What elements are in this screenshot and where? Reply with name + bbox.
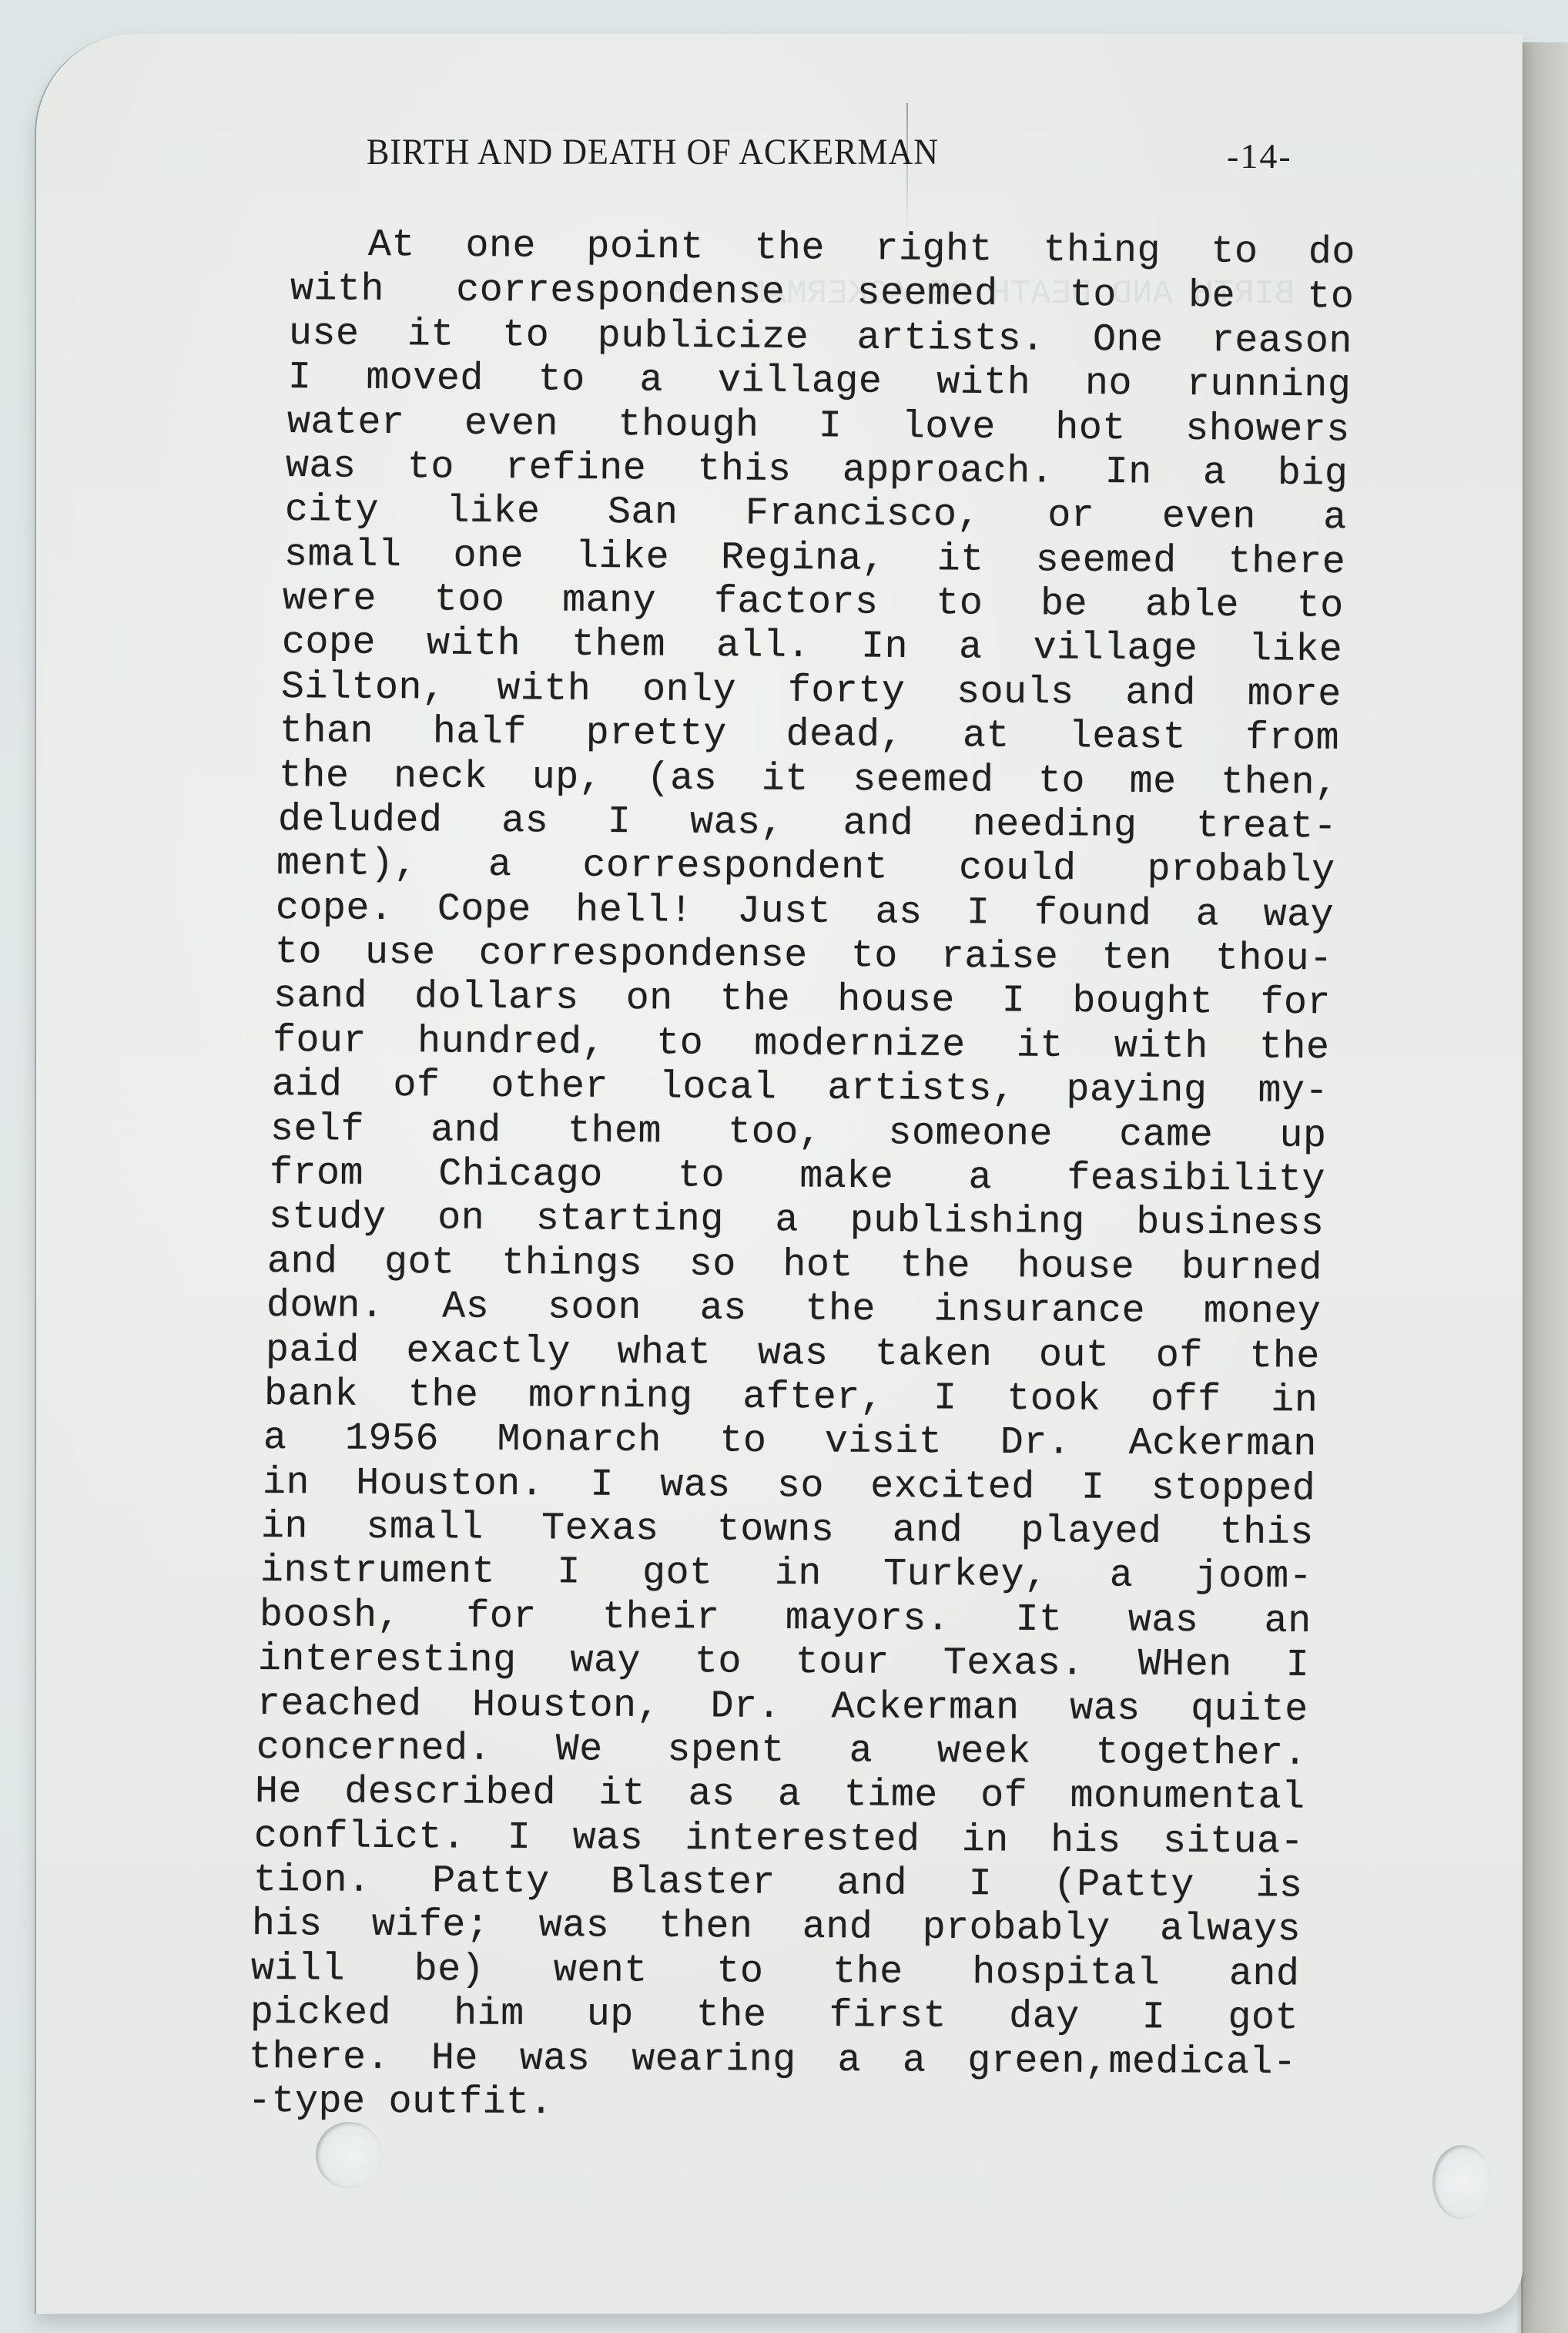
word: and xyxy=(893,1509,963,1554)
text-line: there.Hewaswearingaagreen,medical- xyxy=(249,2036,1297,2085)
word: starting xyxy=(535,1198,723,1243)
word: got xyxy=(384,1241,455,1285)
word: as xyxy=(875,890,922,934)
word: was xyxy=(573,1816,644,1861)
text-line: smallonelikeRegina,itseemedthere xyxy=(283,533,1345,585)
word: a xyxy=(775,1199,799,1243)
word: factors xyxy=(714,580,879,625)
text-line: instrumentIgotinTurkey,ajoom- xyxy=(260,1549,1313,1599)
word: there xyxy=(1228,540,1345,585)
word: Blaster xyxy=(611,1861,776,1906)
word: showers xyxy=(1185,407,1350,452)
word: as xyxy=(501,799,548,843)
word: like xyxy=(1248,629,1342,673)
word: house xyxy=(837,978,955,1023)
word: tour xyxy=(796,1641,890,1685)
word: in xyxy=(962,1818,1009,1862)
word: is xyxy=(1255,1864,1302,1908)
word: He xyxy=(255,1770,302,1814)
word: it xyxy=(762,757,809,801)
word: He xyxy=(431,2036,478,2080)
word: the xyxy=(754,226,825,271)
word: from xyxy=(1245,716,1339,761)
word: mayors. xyxy=(785,1597,950,1641)
text-line: weretoomanyfactorstobeableto xyxy=(283,577,1344,629)
word: picked xyxy=(250,1991,391,2036)
word: paid xyxy=(265,1329,359,1373)
word: week xyxy=(936,1730,1030,1775)
word: one xyxy=(465,224,536,269)
word: hot xyxy=(1055,406,1126,451)
word: down. xyxy=(266,1284,384,1329)
word: visit xyxy=(825,1420,943,1465)
word: was xyxy=(1127,1598,1198,1643)
word: Patty xyxy=(432,1859,550,1904)
word: than xyxy=(280,709,374,754)
word: modernize xyxy=(754,1022,966,1068)
word: I xyxy=(590,1463,614,1507)
word: a xyxy=(263,1416,287,1460)
word: I xyxy=(1002,980,1026,1024)
word: of xyxy=(393,1064,440,1108)
text-line: boosh,fortheirmayors.Itwasan xyxy=(259,1594,1311,1644)
word: was, xyxy=(689,801,783,846)
word: Dr. xyxy=(710,1684,781,1729)
word: there. xyxy=(249,2036,390,2080)
text-line: ment),acorrespondentcouldprobably xyxy=(276,842,1335,893)
text-line: thanhalfprettydead,atleastfrom xyxy=(280,709,1340,761)
word: towns xyxy=(717,1508,835,1553)
word: cope xyxy=(282,621,376,665)
word: raise xyxy=(940,935,1058,980)
text-line: tion.PattyBlasterandI(Pattyis xyxy=(253,1859,1302,1909)
word: quite xyxy=(1191,1688,1308,1732)
word: in xyxy=(262,1461,309,1505)
word: village xyxy=(1033,627,1198,672)
word: me xyxy=(1129,759,1176,803)
text-line: copewiththemall.Inavillagelike xyxy=(282,621,1343,672)
word: to xyxy=(538,358,585,402)
word: aid xyxy=(271,1063,342,1108)
word: to xyxy=(719,1420,766,1463)
word: to xyxy=(1211,230,1258,274)
word: seemed xyxy=(1035,538,1176,583)
word: ment), xyxy=(276,842,417,887)
word: was xyxy=(539,1905,610,1949)
word: it xyxy=(1017,1024,1064,1068)
word: a xyxy=(959,626,983,670)
word: -type xyxy=(248,2080,366,2124)
word: to xyxy=(274,930,321,974)
word: a xyxy=(968,1156,992,1200)
word: for xyxy=(466,1594,537,1639)
word: was xyxy=(757,1332,828,1376)
word: with xyxy=(1114,1024,1208,1069)
word: feasibility xyxy=(1067,1157,1325,1202)
word: business xyxy=(1136,1202,1324,1247)
word: instrument xyxy=(260,1549,495,1594)
word: exactly xyxy=(406,1329,571,1374)
word: was xyxy=(660,1463,731,1508)
word: all. xyxy=(716,625,810,669)
word: a xyxy=(488,843,512,887)
word: a xyxy=(903,2039,926,2083)
word: Francisco, xyxy=(745,492,980,538)
text-line: wastorefinethisapproach.Inabig xyxy=(286,444,1349,496)
text-line: cope.Copehell!JustasIfoundaway xyxy=(276,887,1335,938)
word: from xyxy=(270,1151,364,1196)
word: refine xyxy=(505,446,646,491)
word: a xyxy=(1203,451,1227,495)
word: love xyxy=(901,405,995,450)
word: then, xyxy=(1221,760,1338,805)
text-line: citylikeSanFrancisco,orevena xyxy=(285,488,1347,540)
word: excited xyxy=(870,1464,1035,1509)
word: correspondense xyxy=(478,932,807,978)
text-line: Atonepointtherightthingtodo xyxy=(368,223,1355,275)
word: up, xyxy=(531,756,602,800)
word: so xyxy=(689,1242,736,1286)
word: use xyxy=(289,312,360,357)
word: monumental xyxy=(1070,1775,1305,1820)
word: will xyxy=(251,1947,345,1992)
word: needing xyxy=(972,803,1137,848)
word: and xyxy=(836,1862,907,1906)
word: In xyxy=(861,625,908,669)
word: too, xyxy=(728,1111,822,1155)
word: to xyxy=(1297,585,1344,629)
word: first xyxy=(829,1994,946,2039)
word: to xyxy=(502,313,549,357)
word: seemed xyxy=(853,758,993,803)
word: with xyxy=(936,361,1030,406)
word: moved xyxy=(366,357,484,401)
word: green,medical- xyxy=(968,2040,1297,2085)
word: to xyxy=(936,582,983,625)
text-line: conflict.Iwasinterestedinhissitua- xyxy=(254,1815,1304,1865)
word: like xyxy=(575,535,669,579)
word: dollars xyxy=(414,976,579,1021)
word: hot xyxy=(783,1243,854,1288)
text-line: fromChicagotomakeafeasibility xyxy=(270,1151,1325,1202)
word: reason xyxy=(1211,319,1352,364)
word: as xyxy=(689,1773,735,1817)
text-line: deludedasIwas,andneedingtreat- xyxy=(277,798,1337,850)
word: I xyxy=(557,1551,581,1595)
word: Regina, xyxy=(721,536,886,582)
word: after, xyxy=(742,1376,883,1420)
word: many xyxy=(562,579,656,624)
word: insurance xyxy=(933,1289,1145,1334)
word: with xyxy=(290,267,384,312)
word: a xyxy=(838,2039,862,2083)
word: probably xyxy=(1148,848,1335,893)
word: I xyxy=(607,800,631,844)
word: Monarch xyxy=(497,1418,662,1463)
word: of xyxy=(1155,1334,1202,1378)
word: bank xyxy=(264,1373,358,1417)
text-line: Silton,withonlyfortysoulsandmore xyxy=(280,665,1341,717)
word: too xyxy=(434,578,505,622)
word: I xyxy=(1081,1466,1104,1510)
word: city xyxy=(285,488,379,533)
word: only xyxy=(642,668,736,712)
typed-body-text: Atonepointtherightthingtodowithcorrespon… xyxy=(0,0,1568,2333)
word: neck xyxy=(394,755,487,799)
word: Turkey, xyxy=(883,1553,1048,1597)
word: played xyxy=(1021,1510,1162,1554)
word: to xyxy=(1038,759,1085,803)
word: be xyxy=(1040,582,1087,626)
word: went xyxy=(554,1949,648,1993)
word: his xyxy=(252,1902,323,1947)
word: It xyxy=(1015,1598,1062,1642)
word: be) xyxy=(414,1948,485,1992)
word: up xyxy=(1280,1114,1327,1158)
word: could xyxy=(959,847,1077,892)
text-line: Hedescribeditasatimeofmonumental xyxy=(255,1770,1305,1820)
word: to xyxy=(850,934,897,978)
word: to xyxy=(656,1021,703,1065)
word: with xyxy=(427,622,521,667)
word: concerned. xyxy=(256,1726,491,1772)
word: study xyxy=(268,1195,386,1240)
word: sand xyxy=(273,974,367,1019)
word: to xyxy=(678,1154,725,1198)
word: in xyxy=(1271,1379,1318,1423)
word: though xyxy=(618,403,759,447)
text-line: tousecorrespondensetoraisetenthou- xyxy=(274,930,1332,981)
word: so xyxy=(776,1464,823,1508)
text-line: interestingwaytotourTexas.WHenI xyxy=(258,1637,1310,1688)
word: a xyxy=(778,1773,802,1817)
text-line: paidexactlywhatwastakenoutofthe xyxy=(265,1329,1319,1379)
word: things xyxy=(501,1242,642,1286)
word: house xyxy=(1017,1245,1135,1289)
word: souls xyxy=(957,670,1074,715)
text-line: reachedHouston,Dr.Ackermanwasquite xyxy=(257,1682,1308,1732)
word: wearing xyxy=(632,2037,796,2082)
word: artists, xyxy=(827,1067,1015,1112)
text-line: pickedhimupthefirstdayIgot xyxy=(250,1991,1298,2040)
text-line: watereventhoughIlovehotshowers xyxy=(286,401,1349,452)
word: dead, xyxy=(786,713,904,758)
word: thing xyxy=(1043,229,1161,273)
text-line: withcorrespondenseseemedtobeto xyxy=(290,267,1354,320)
word: I xyxy=(1286,1644,1310,1688)
word: was xyxy=(286,444,357,489)
word: I xyxy=(1141,1996,1165,2040)
word: together. xyxy=(1095,1731,1307,1776)
word: I xyxy=(967,891,990,935)
word: it xyxy=(936,538,983,582)
word: Silton, xyxy=(280,665,445,711)
word: Texas. xyxy=(943,1641,1084,1686)
word: able xyxy=(1145,583,1239,628)
word: forty xyxy=(787,669,905,714)
word: a xyxy=(1195,893,1219,937)
word: Just xyxy=(737,890,831,934)
word: reached xyxy=(257,1682,422,1727)
word: seemed xyxy=(856,272,997,317)
word: then xyxy=(659,1905,753,1949)
word: one xyxy=(453,534,524,578)
word: what xyxy=(617,1330,711,1375)
word: the xyxy=(833,1950,903,1994)
word: San xyxy=(608,491,678,535)
word: Ackerman xyxy=(1129,1422,1317,1467)
word: I xyxy=(933,1376,957,1420)
word: correspondent xyxy=(583,844,889,890)
word: more xyxy=(1247,672,1341,717)
word: it xyxy=(598,1772,645,1816)
word: the xyxy=(1249,1335,1320,1379)
word: publicize xyxy=(598,314,809,360)
text-line: down.Assoonastheinsurancemoney xyxy=(266,1284,1322,1335)
word: water xyxy=(286,401,404,445)
word: on xyxy=(437,1197,484,1241)
word: to xyxy=(1069,273,1116,317)
text-line: concerned.Wespentaweektogether. xyxy=(256,1726,1306,1776)
word: got xyxy=(642,1551,713,1596)
word: him xyxy=(454,1993,524,2036)
word: always xyxy=(1160,1908,1301,1953)
word: took xyxy=(1007,1377,1101,1422)
word: At xyxy=(368,223,415,267)
word: their xyxy=(602,1595,720,1640)
word: to xyxy=(716,1949,763,1993)
word: paying xyxy=(1066,1068,1207,1113)
word: even xyxy=(464,401,558,446)
word: money xyxy=(1204,1290,1322,1335)
word: One xyxy=(1093,318,1164,363)
text-line: a1956MonarchtovisitDr.Ackerman xyxy=(263,1416,1317,1467)
word: As xyxy=(442,1285,489,1329)
word: his xyxy=(1050,1819,1121,1864)
word: Dr. xyxy=(1000,1421,1071,1466)
word: local xyxy=(658,1066,776,1111)
word: point xyxy=(586,225,704,270)
word: the xyxy=(695,1993,766,2037)
text-line: -typeoutfit. xyxy=(248,2080,1295,2129)
word: time xyxy=(844,1774,938,1818)
word: small xyxy=(283,533,401,578)
word: or xyxy=(1047,494,1094,538)
word: We xyxy=(555,1728,602,1772)
word: for xyxy=(1261,981,1332,1026)
word: the xyxy=(900,1244,971,1289)
word: interested xyxy=(685,1817,920,1862)
word: found xyxy=(1034,892,1152,937)
word: the xyxy=(408,1373,479,1418)
word: deluded xyxy=(277,798,442,843)
word: to xyxy=(407,445,454,489)
word: up xyxy=(586,1993,633,2037)
word: way xyxy=(1263,893,1334,938)
word: way xyxy=(571,1640,642,1684)
word: and xyxy=(1229,1953,1300,1996)
word: tion. xyxy=(253,1859,370,1903)
word: spent xyxy=(667,1728,785,1773)
word: make xyxy=(799,1155,893,1200)
word: probably xyxy=(923,1906,1111,1951)
word: it xyxy=(407,313,454,357)
word: other xyxy=(491,1064,608,1109)
word: In xyxy=(1105,451,1152,494)
word: someone xyxy=(889,1111,1054,1156)
word: and xyxy=(431,1108,501,1153)
word: Texas xyxy=(541,1507,659,1551)
text-line: Imovedtoavillagewithnorunning xyxy=(288,356,1352,408)
word: approach. xyxy=(843,448,1054,494)
word: a xyxy=(1323,496,1347,540)
word: joom- xyxy=(1194,1555,1312,1600)
word: in xyxy=(775,1552,822,1596)
word: wife; xyxy=(372,1903,490,1948)
word: use xyxy=(365,931,436,976)
word: this xyxy=(1220,1511,1314,1556)
word: my- xyxy=(1258,1070,1328,1115)
word: right xyxy=(875,227,993,272)
word: a xyxy=(1110,1554,1134,1598)
word: do xyxy=(1308,231,1355,275)
word: to xyxy=(1307,276,1354,320)
word: on xyxy=(626,977,673,1021)
word: burned xyxy=(1181,1245,1322,1290)
word: as xyxy=(699,1287,746,1331)
word: correspondense xyxy=(456,269,786,315)
word: Houston. xyxy=(356,1461,544,1506)
word: self xyxy=(270,1108,364,1152)
word: bought xyxy=(1073,980,1214,1025)
word: half xyxy=(433,711,527,756)
word: interesting xyxy=(258,1637,517,1683)
text-line: bankthemorningafter,Itookoffin xyxy=(264,1373,1318,1423)
word: and xyxy=(843,802,913,846)
word: big xyxy=(1278,452,1349,497)
word: described xyxy=(345,1771,557,1816)
word: with xyxy=(497,667,591,712)
word: taken xyxy=(874,1332,992,1376)
word: them xyxy=(568,1109,662,1154)
word: even xyxy=(1162,495,1256,540)
word: of xyxy=(980,1775,1027,1818)
text-line: hiswife;wasthenandprobablyalways xyxy=(252,1902,1301,1952)
text-line: sanddollarsonthehouseIboughtfor xyxy=(273,974,1331,1025)
word: Houston, xyxy=(472,1683,660,1728)
word: morning xyxy=(528,1374,693,1419)
text-line: willbe)wenttothehospitaland xyxy=(251,1947,1300,1996)
word: at xyxy=(963,715,1010,759)
text-line: theneckup,(asitseemedtomethen, xyxy=(279,754,1338,806)
word: pretty xyxy=(586,712,727,756)
word: were xyxy=(283,577,377,622)
text-line: studyonstartingapublishingbusiness xyxy=(268,1195,1324,1246)
word: came xyxy=(1119,1113,1213,1158)
word: WHen xyxy=(1138,1643,1232,1688)
word: out xyxy=(1038,1333,1109,1378)
word: outfit. xyxy=(388,2080,553,2125)
word: hundred, xyxy=(417,1020,605,1065)
word: be xyxy=(1188,274,1235,318)
word: 1956 xyxy=(345,1417,439,1462)
word: small xyxy=(366,1506,484,1550)
word: ten xyxy=(1101,936,1172,980)
word: conflict. xyxy=(254,1815,466,1860)
word: them xyxy=(571,623,665,668)
word: (Patty xyxy=(1053,1863,1194,1908)
word: least xyxy=(1069,716,1187,760)
